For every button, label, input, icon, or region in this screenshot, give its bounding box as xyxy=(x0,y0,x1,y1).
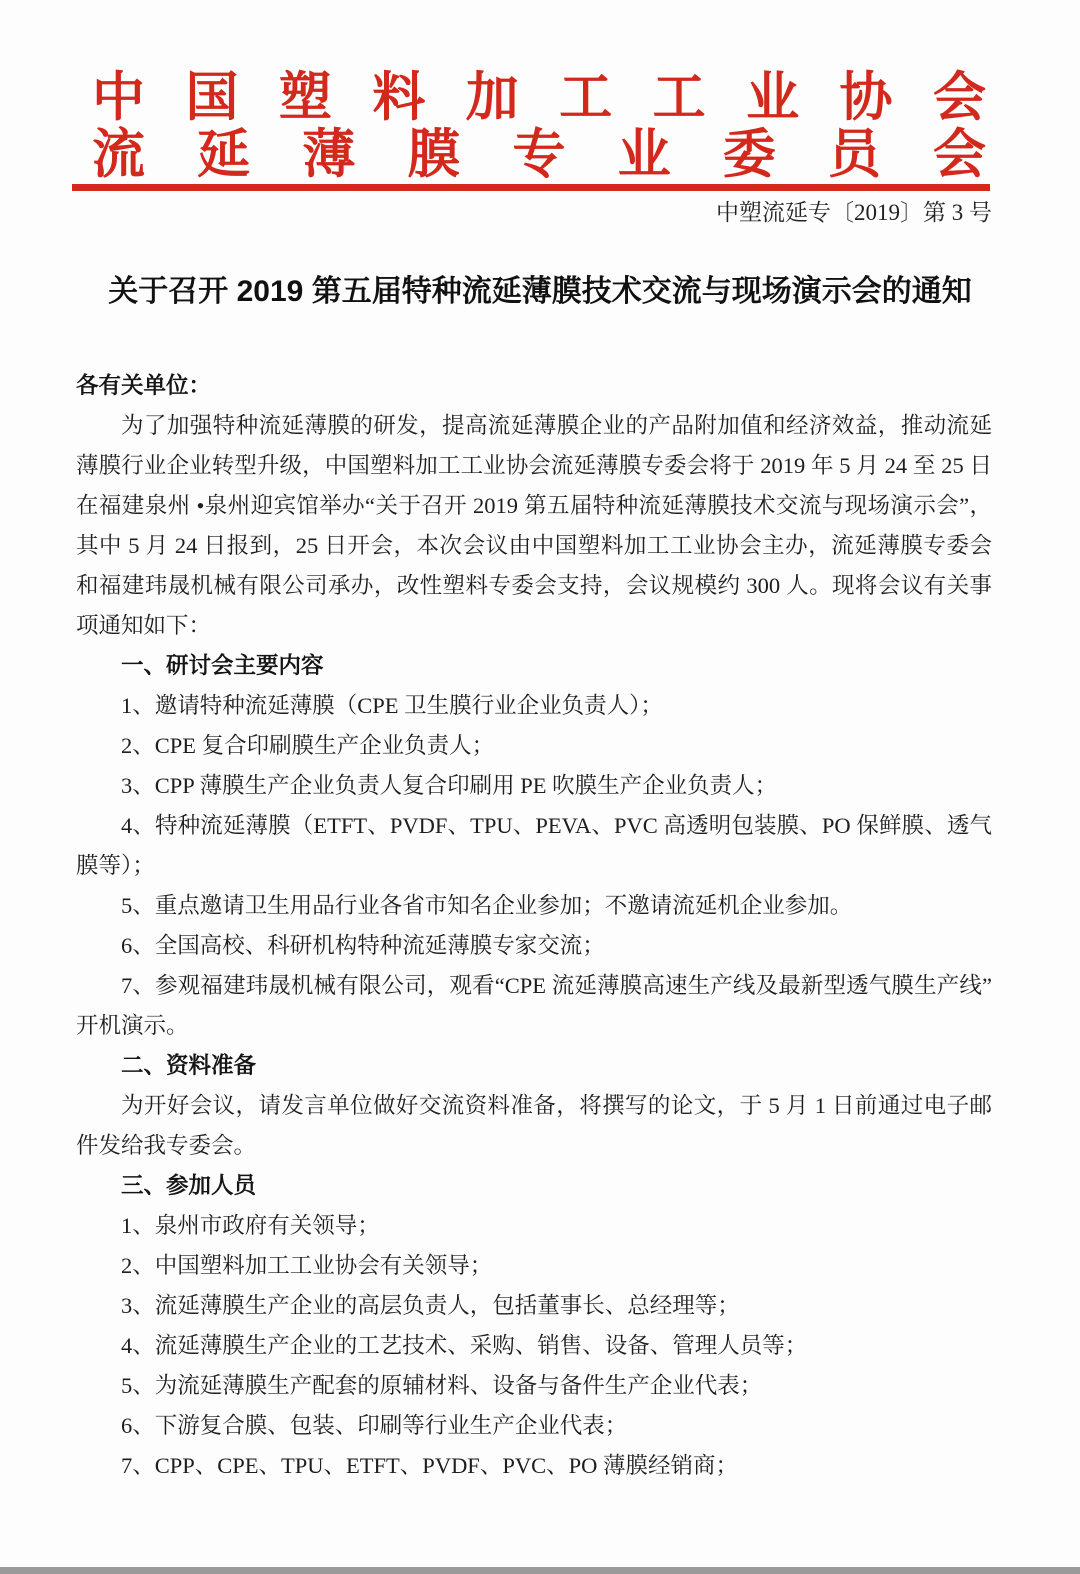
letterhead-char: 塑 xyxy=(279,70,332,127)
section-1-items: 1、邀请特种流延薄膜（CPE 卫生膜行业企业负责人）；2、CPE 复合印刷膜生产… xyxy=(76,686,992,1046)
section-meeting-content: 一、研讨会主要内容 1、邀请特种流延薄膜（CPE 卫生膜行业企业负责人）；2、C… xyxy=(76,646,992,1046)
section-heading-2: 二、资料准备 xyxy=(76,1046,992,1086)
letterhead-char: 业 xyxy=(618,127,671,184)
section-heading-1: 一、研讨会主要内容 xyxy=(76,646,992,686)
list-item: 6、下游复合膜、包装、印刷等行业生产企业代表； xyxy=(76,1406,992,1446)
letterhead-char: 工 xyxy=(653,70,706,127)
list-item: 7、参观福建玮晟机械有限公司，观看“CPE 流延薄膜高速生产线及最新型透气膜生产… xyxy=(76,966,992,1046)
letterhead-char: 工 xyxy=(559,70,612,127)
intro-paragraph: 为了加强特种流延薄膜的研发，提高流延薄膜企业的产品附加值和经济效益，推动流延薄膜… xyxy=(76,406,992,646)
letterhead-char: 业 xyxy=(746,70,799,127)
notice-document-page: 中国塑料加工工业协会 流延薄膜专业委员会 中塑流延专〔2019〕第 3 号 关于… xyxy=(0,0,1080,1574)
list-item: 1、邀请特种流延薄膜（CPE 卫生膜行业企业负责人）； xyxy=(76,686,992,726)
letterhead-char: 中 xyxy=(92,70,145,127)
section-2-paragraph: 为开好会议，请发言单位做好交流资料准备，将撰写的论文，于 5 月 1 日前通过电… xyxy=(76,1086,992,1166)
letterhead: 中国塑料加工工业协会 流延薄膜专业委员会 xyxy=(92,70,986,184)
scan-footer-bar xyxy=(0,1567,1080,1574)
letterhead-char: 协 xyxy=(840,70,893,127)
list-item: 2、CPE 复合印刷膜生产企业负责人； xyxy=(76,726,992,766)
letterhead-char: 委 xyxy=(723,127,776,184)
letterhead-line-association: 中国塑料加工工业协会 xyxy=(92,70,986,127)
list-item: 5、重点邀请卫生用品行业各省市知名企业参加；不邀请流延机企业参加。 xyxy=(76,886,992,926)
section-material-preparation: 二、资料准备 为开好会议，请发言单位做好交流资料准备，将撰写的论文，于 5 月 … xyxy=(76,1046,992,1166)
list-item: 5、为流延薄膜生产配套的原辅材料、设备与备件生产企业代表； xyxy=(76,1366,992,1406)
letterhead-char: 料 xyxy=(372,70,425,127)
list-item: 4、特种流延薄膜（ETFT、PVDF、TPU、PEVA、PVC 高透明包装膜、P… xyxy=(76,806,992,886)
letterhead-char: 国 xyxy=(185,70,238,127)
letterhead-char: 薄 xyxy=(302,127,355,184)
letterhead-line-committee: 流延薄膜专业委员会 xyxy=(92,127,986,184)
list-item: 7、CPP、CPE、TPU、ETFT、PVDF、PVC、PO 薄膜经销商； xyxy=(76,1446,992,1486)
list-item: 4、流延薄膜生产企业的工艺技术、采购、销售、设备、管理人员等； xyxy=(76,1326,992,1366)
letterhead-char: 延 xyxy=(197,127,250,184)
section-heading-3: 三、参加人员 xyxy=(76,1166,992,1206)
letterhead-char: 流 xyxy=(92,127,145,184)
list-item: 2、中国塑料加工工业协会有关领导； xyxy=(76,1246,992,1286)
letterhead-char: 专 xyxy=(513,127,566,184)
section-participants: 三、参加人员 1、泉州市政府有关领导；2、中国塑料加工工业协会有关领导；3、流延… xyxy=(76,1166,992,1486)
letterhead-char: 会 xyxy=(933,70,986,127)
letterhead-char: 会 xyxy=(933,127,986,184)
list-item: 3、流延薄膜生产企业的高层负责人，包括董事长、总经理等； xyxy=(76,1286,992,1326)
list-item: 3、CPP 薄膜生产企业负责人复合印刷用 PE 吹膜生产企业负责人； xyxy=(76,766,992,806)
letterhead-char: 加 xyxy=(466,70,519,127)
letterhead-char: 员 xyxy=(828,127,881,184)
document-number: 中塑流延专〔2019〕第 3 号 xyxy=(716,198,992,228)
letterhead-divider-rule xyxy=(72,184,990,191)
notice-body: 各有关单位： 为了加强特种流延薄膜的研发，提高流延薄膜企业的产品附加值和经济效益… xyxy=(76,366,992,1486)
letterhead-char: 膜 xyxy=(407,127,460,184)
list-item: 1、泉州市政府有关领导； xyxy=(76,1206,992,1246)
section-3-items: 1、泉州市政府有关领导；2、中国塑料加工工业协会有关领导；3、流延薄膜生产企业的… xyxy=(76,1206,992,1486)
salutation: 各有关单位： xyxy=(76,366,992,406)
list-item: 6、全国高校、科研机构特种流延薄膜专家交流； xyxy=(76,926,992,966)
notice-title: 关于召开 2019 第五届特种流延薄膜技术交流与现场演示会的通知 xyxy=(40,272,1040,312)
